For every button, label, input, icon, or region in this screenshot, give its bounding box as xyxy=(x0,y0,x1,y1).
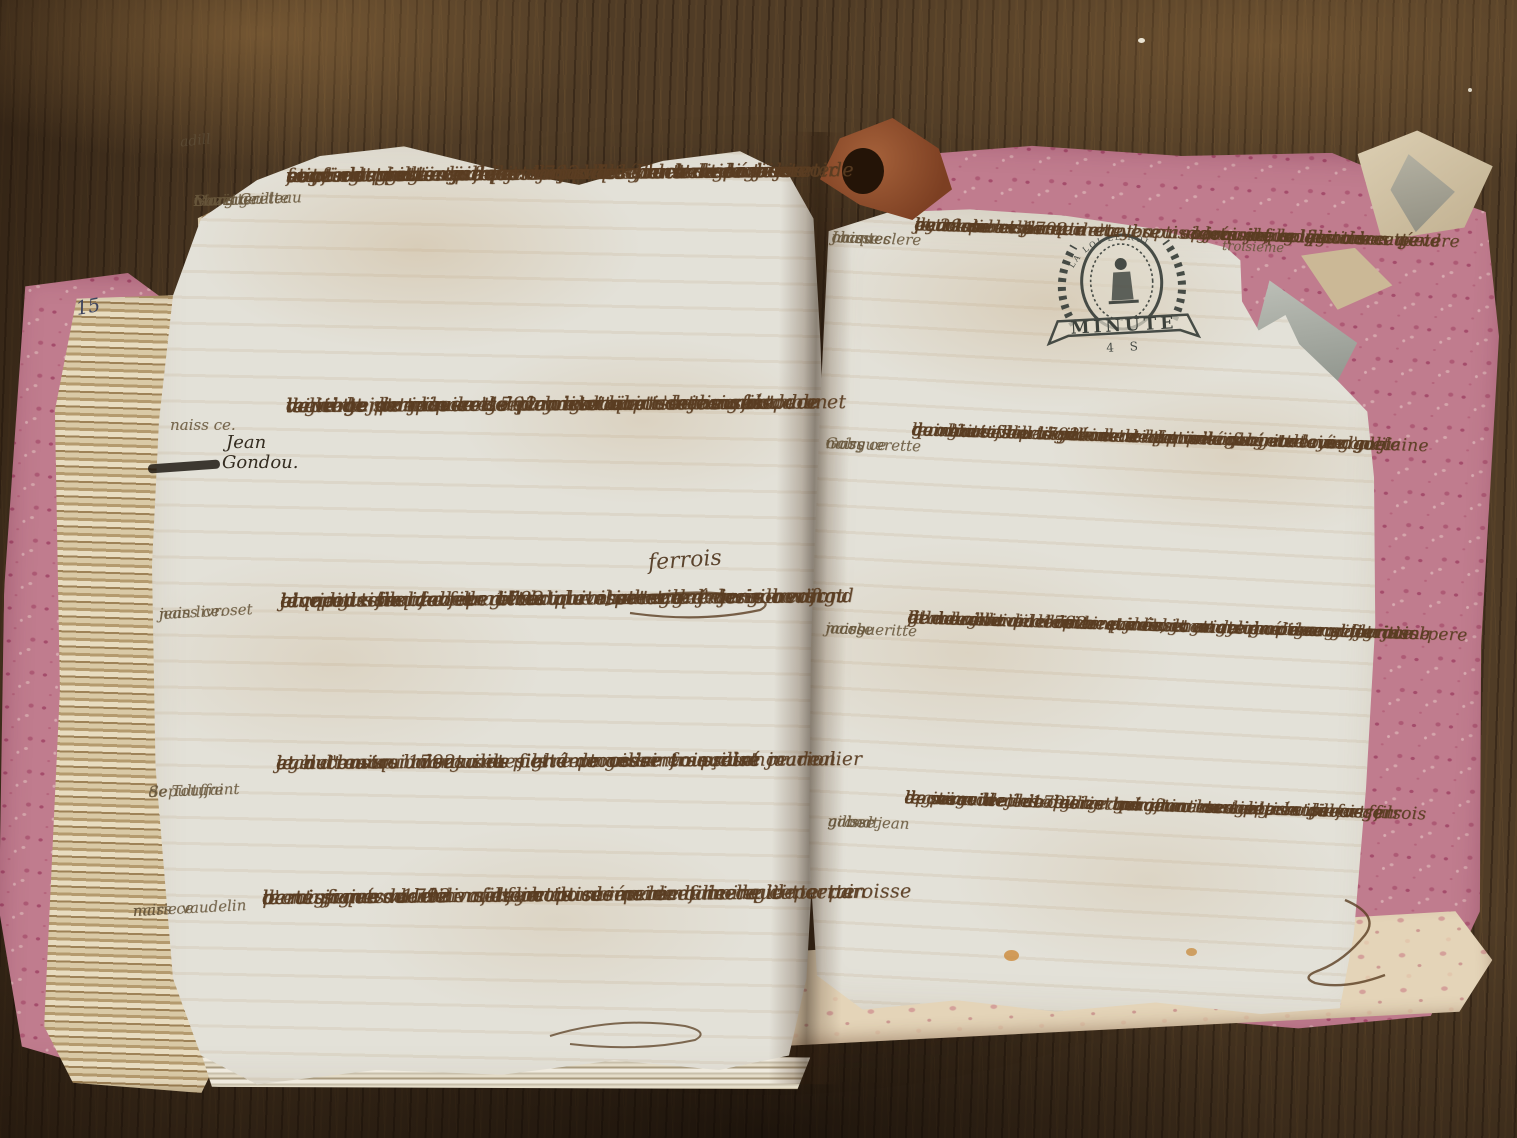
laurel-branch-right xyxy=(1166,241,1184,320)
text-line: de Touffaint xyxy=(148,773,240,808)
ink-stain xyxy=(1004,950,1019,961)
page-number-mark: 15 xyxy=(74,294,102,320)
cure-signature: ferrois xyxy=(647,545,722,575)
margin-note-name: Jean xyxy=(226,432,266,453)
stamp-denomination: 4 S xyxy=(1106,339,1144,355)
signature-flourish xyxy=(545,1008,715,1053)
signature-flourish xyxy=(1285,895,1405,990)
dust-speck xyxy=(1468,88,1472,92)
text-line: jean livroset xyxy=(158,593,253,630)
stamp-banner-text: MINUTE xyxy=(1070,313,1178,339)
text-line: chanteclere xyxy=(831,224,922,254)
text-line: Goby . xyxy=(825,430,875,458)
text-line: jacob xyxy=(825,616,866,641)
text-line: n'ont signés de ce ferrois curé xyxy=(262,882,626,911)
ink-stain xyxy=(1186,948,1197,956)
text-line: jaque deshaume et autres qui n'ont signé… xyxy=(280,583,825,614)
dust-speck xyxy=(1138,38,1145,43)
faint-inscription: adill xyxy=(179,131,211,150)
text-line: marie vaudelin xyxy=(132,890,247,926)
margin-note-surname: Gondou. xyxy=(222,452,298,473)
photograph-of-parish-register: adill 15 MariageLouis Cailleaumarguerett… xyxy=(0,0,1517,1138)
text-line: grand jean xyxy=(827,808,910,837)
text-line: lieu bourbon de cette paroisse qui n'ont… xyxy=(286,390,819,418)
text-line: Gazette . xyxy=(193,186,262,215)
text-line: et autres qui n'ont seu signé de ce serv… xyxy=(276,749,761,776)
